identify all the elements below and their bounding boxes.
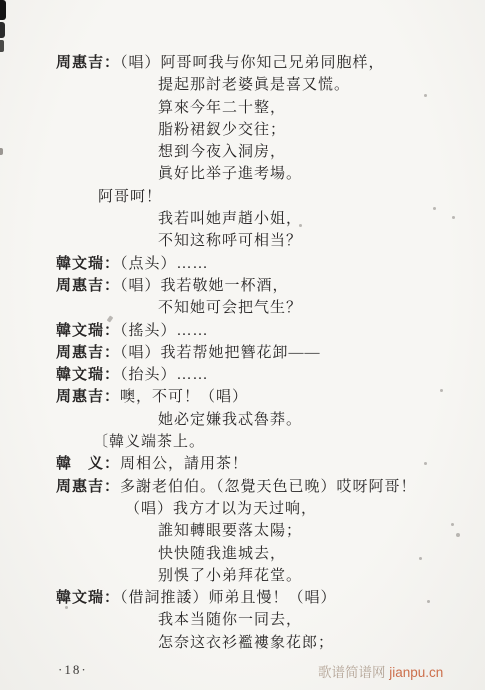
- speaker-colon: ：: [104, 55, 120, 71]
- page-footer: ·18· 歌谱简谱网 jianpu.cn: [0, 659, 485, 681]
- script-line: 誰知轉眼要落太陽；: [0, 520, 485, 542]
- script-line: 眞好比举子進考場。: [0, 163, 485, 185]
- speaker-name: 韓文瑞: [56, 587, 104, 609]
- script-line: 周惠吉：噢，不可！（唱）: [0, 386, 485, 408]
- line-text: 周相公，請用茶！: [120, 456, 248, 472]
- speaker-colon: ：: [104, 256, 120, 272]
- binding-smudge: [0, 22, 5, 38]
- line-text: （唱）阿哥呵我与你知己兄弟同胞样，: [120, 55, 385, 71]
- script-line: 〔韓义端茶上。: [0, 431, 485, 453]
- speaker-colon: ：: [104, 323, 120, 339]
- script-line: 我本当随你一同去，: [0, 609, 485, 631]
- script-line: 快快随我進城去，: [0, 543, 485, 565]
- speaker-colon: ：: [104, 479, 120, 495]
- script-line: 别悞了小弟拜花堂。: [0, 565, 485, 587]
- speaker-name: 周惠吉: [56, 275, 104, 297]
- line-text: （抬头）……: [120, 367, 209, 383]
- line-text: （唱）我若敬她一杯酒，: [120, 278, 289, 294]
- speaker-name: 周惠吉: [56, 386, 104, 408]
- speaker-colon: ：: [104, 278, 120, 294]
- speaker-colon: ：: [104, 590, 120, 606]
- script-line: 怎奈这衣衫襤褸象花郎；: [0, 632, 485, 654]
- line-text: （借詞推諉）师弟且慢！（唱）: [120, 590, 337, 606]
- page-number: ·18·: [58, 662, 88, 678]
- speaker-name: 韓文瑞: [56, 364, 104, 386]
- speaker-name: 周惠吉: [56, 342, 104, 364]
- script-line: 韓文瑞：（借詞推諉）师弟且慢！（唱）: [0, 587, 485, 609]
- watermark-url: jianpu.cn: [389, 665, 443, 680]
- scanned-script-page: 周惠吉：（唱）阿哥呵我与你知己兄弟同胞样，提起那討老婆眞是喜又慌。算來今年二十整…: [0, 0, 485, 690]
- script-line: 韓文瑞：（搖头）……: [0, 320, 485, 342]
- script-line: 不知这称呼可相当？: [0, 230, 485, 252]
- speaker-name: 周惠吉: [56, 52, 104, 74]
- line-text: 噢，不可！（唱）: [120, 389, 248, 405]
- speaker-name: 韓文瑞: [56, 253, 104, 275]
- script-line: 周惠吉：（唱）阿哥呵我与你知己兄弟同胞样，: [0, 52, 485, 74]
- speaker-colon: ：: [104, 345, 120, 361]
- binding-smudge: [0, 40, 4, 52]
- script-line: 我若叫她声趙小姐，: [0, 208, 485, 230]
- script-line: 韓 义：周相公，請用茶！: [0, 453, 485, 475]
- speaker-name: 韓 义: [56, 453, 104, 475]
- script-body: 周惠吉：（唱）阿哥呵我与你知己兄弟同胞样，提起那討老婆眞是喜又慌。算來今年二十整…: [0, 52, 485, 654]
- speaker-name: 周惠吉: [56, 476, 104, 498]
- line-text: 多謝老伯伯。（忽覺天色已晚）哎呀阿哥！: [120, 479, 417, 495]
- speaker-colon: ：: [104, 389, 120, 405]
- line-text: （搖头）……: [120, 323, 209, 339]
- script-line: 提起那討老婆眞是喜又慌。: [0, 74, 485, 96]
- line-text: （点头）……: [120, 256, 209, 272]
- speaker-name: 韓文瑞: [56, 320, 104, 342]
- line-text: （唱）我若帮她把簪花卸——: [120, 345, 321, 361]
- script-line: 她必定嫌我忒魯莽。: [0, 409, 485, 431]
- script-line: （唱）我方才以为天过响，: [0, 498, 485, 520]
- script-line: 脂粉裙釵少交往；: [0, 119, 485, 141]
- binding-smudge: [0, 0, 6, 20]
- watermark-site-name: 歌谱简谱网: [318, 665, 386, 680]
- script-line: 周惠吉：多謝老伯伯。（忽覺天色已晚）哎呀阿哥！: [0, 476, 485, 498]
- watermark: 歌谱简谱网 jianpu.cn: [318, 661, 443, 681]
- script-line: 阿哥呵！: [0, 186, 485, 208]
- speaker-colon: ：: [104, 456, 120, 472]
- speaker-colon: ：: [104, 367, 120, 383]
- script-line: 想到今夜入洞房，: [0, 141, 485, 163]
- script-line: 韓文瑞：（点头）……: [0, 253, 485, 275]
- script-line: 算來今年二十整，: [0, 97, 485, 119]
- script-line: 周惠吉：（唱）我若帮她把簪花卸——: [0, 342, 485, 364]
- script-line: 不知她可会把气生？: [0, 297, 485, 319]
- script-line: 韓文瑞：（抬头）……: [0, 364, 485, 386]
- script-line: 周惠吉：（唱）我若敬她一杯酒，: [0, 275, 485, 297]
